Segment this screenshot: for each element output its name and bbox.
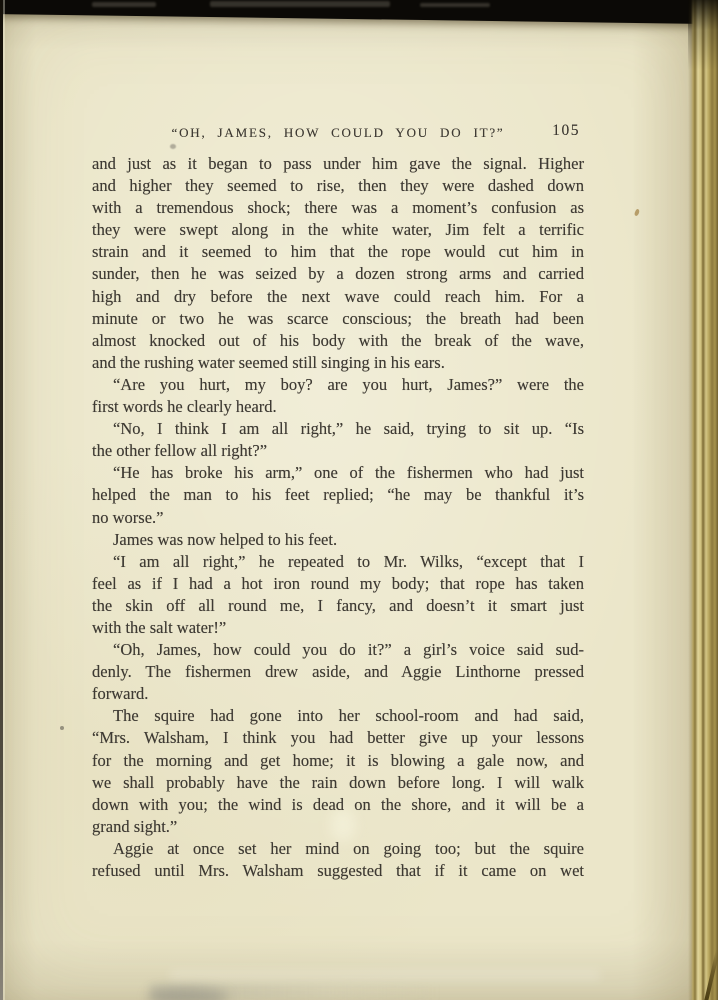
text-line: first words he clearly heard. [92,396,584,418]
scan-speck [60,726,64,730]
scan-speck [170,144,176,149]
text-line: and higher they seemed to rise, then the… [92,175,584,197]
paragraph: “Are you hurt, my boy? are you hurt, Jam… [92,374,584,418]
text-line: the other fellow all right?” [92,440,584,462]
page-number: 105 [552,122,580,140]
text-line: no worse.” [92,507,584,529]
text-line: feel as if I had a hot iron round my bod… [92,573,584,595]
scan-ghost-text [420,3,490,7]
text-line: sunder, then he was seized by a dozen st… [92,263,584,285]
text-line: James was now helped to his feet. [92,529,584,551]
book-page: “OH, JAMES, HOW COULD YOU DO IT?” 105 an… [0,0,718,1000]
text-line: strain and it seemed to him that the rop… [92,241,584,263]
text-line: with the salt water!” [92,617,584,639]
running-head-title: “OH, JAMES, HOW COULD YOU DO IT?” [172,125,505,140]
text-line: refused until Mrs. Walsham suggested tha… [92,860,584,882]
text-line: “Oh, James, how could you do it?” a girl… [92,639,584,661]
paragraph: “I am all right,” he repeated to Mr. Wil… [92,551,584,639]
text-line: helped the man to his feet replied; “he … [92,484,584,506]
text-line: they were swept along in the white water… [92,219,584,241]
text-line: for the morning and get home; it is blow… [92,750,584,772]
text-line: almost knocked out of his body with the … [92,330,584,352]
text-line: “Mrs. Walsham, I think you had better gi… [92,727,584,749]
text-line: forward. [92,683,584,705]
paragraph: “Oh, James, how could you do it?” a girl… [92,639,584,705]
paragraph: The squire had gone into her school-room… [92,705,584,838]
book-scan: “OH, JAMES, HOW COULD YOU DO IT?” 105 an… [0,0,718,1000]
text-line: grand sight.” [92,816,584,838]
text-line: “Are you hurt, my boy? are you hurt, Jam… [92,374,584,396]
text-line: high and dry before the next wave could … [92,286,584,308]
page-edge-left-highlight [3,0,5,1000]
text-line: “I am all right,” he repeated to Mr. Wil… [92,551,584,573]
text-line: down with you; the wind is dead on the s… [92,794,584,816]
text-line: the skin off all round me, I fancy, and … [92,595,584,617]
paragraph: Aggie at once set her mind on going too;… [92,838,584,882]
page-edge-right [688,0,718,1000]
paragraph: “No, I think I am all right,” he said, t… [92,418,584,462]
text-line: and just as it began to pass under him g… [92,153,584,175]
text-line: minute or two he was scarce conscious; t… [92,308,584,330]
scan-ghost-text [210,1,390,7]
scan-speck [634,208,641,216]
text-line: with a tremendous shock; there was a mom… [92,197,584,219]
scan-ghost-text [92,2,156,7]
scan-smudge [170,970,600,980]
text-line: denly. The fishermen drew aside, and Agg… [92,661,584,683]
paragraph: “He has broke his arm,” one of the fishe… [92,462,584,528]
running-head: “OH, JAMES, HOW COULD YOU DO IT?” 105 [92,124,584,142]
paragraph: and just as it began to pass under him g… [92,153,584,374]
text-line: and the rushing water seemed still singi… [92,352,584,374]
text-line: Aggie at once set her mind on going too;… [92,838,584,860]
text-line: “No, I think I am all right,” he said, t… [92,418,584,440]
body-text: and just as it began to pass under him g… [92,153,584,882]
text-line: we shall probably have the rain down bef… [92,772,584,794]
text-line: The squire had gone into her school-room… [92,705,584,727]
text-line: “He has broke his arm,” one of the fishe… [92,462,584,484]
paragraph: James was now helped to his feet. [92,529,584,551]
